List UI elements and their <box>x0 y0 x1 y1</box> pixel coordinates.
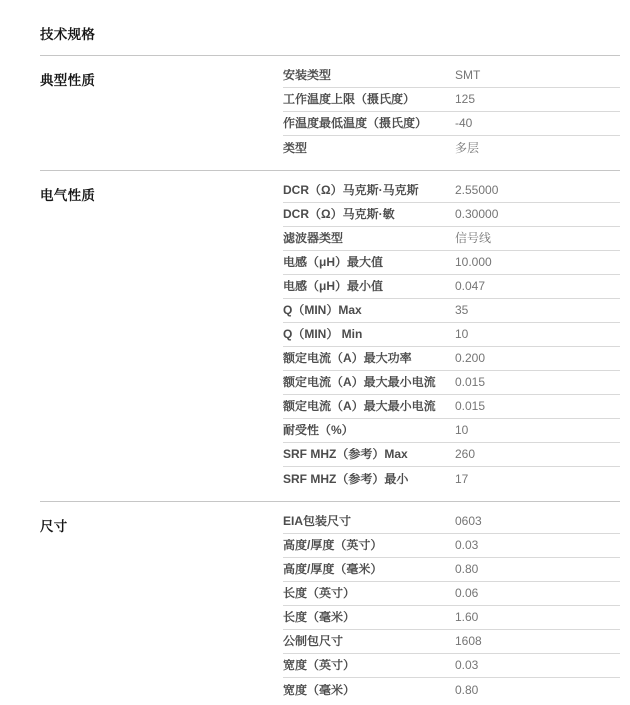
spec-value: 0.03 <box>455 659 620 672</box>
spec-row: EIA包装尺寸0603 <box>283 510 620 534</box>
spec-row: SRF MHZ（参考）最小17 <box>283 467 620 491</box>
specs-content: 技术规格 典型性质安装类型SMT工作温度上限（摄氏度）125作温度最低温度（摄氏… <box>40 0 620 705</box>
spec-label: 滤波器类型 <box>283 232 455 245</box>
spec-value: 17 <box>455 473 620 486</box>
spec-label: DCR（Ω）马克斯·敏 <box>283 208 455 221</box>
spec-label: 安装类型 <box>283 69 455 82</box>
spec-label: 额定电流（A）最大功率 <box>283 352 455 365</box>
sections: 典型性质安装类型SMT工作温度上限（摄氏度）125作温度最低温度（摄氏度）-40… <box>40 55 620 705</box>
spec-value: 0603 <box>455 515 620 528</box>
spec-row: 额定电流（A）最大最小电流0.015 <box>283 395 620 419</box>
spec-row: 高度/厚度（英寸）0.03 <box>283 534 620 558</box>
spec-table: 安装类型SMT工作温度上限（摄氏度）125作温度最低温度（摄氏度）-40类型多层 <box>283 64 620 160</box>
spec-label: 电感（μH）最小值 <box>283 280 455 293</box>
section-title: 典型性质 <box>40 64 283 160</box>
spec-label: 长度（英寸） <box>283 587 455 600</box>
spec-label: 类型 <box>283 142 455 155</box>
spec-value: 0.047 <box>455 280 620 293</box>
spec-value: -40 <box>455 117 620 130</box>
spec-row: Q（MIN）Max35 <box>283 299 620 323</box>
spec-label: Q（MIN）Max <box>283 304 455 317</box>
section-title: 电气性质 <box>40 179 283 491</box>
spec-value: 0.80 <box>455 563 620 576</box>
spec-value: 多层 <box>455 142 620 155</box>
spec-section: 尺寸EIA包装尺寸0603高度/厚度（英寸）0.03高度/厚度（毫米）0.80长… <box>40 501 620 705</box>
spec-row: 类型多层 <box>283 136 620 160</box>
spec-table: DCR（Ω）马克斯·马克斯2.55000DCR（Ω）马克斯·敏0.30000滤波… <box>283 179 620 491</box>
spec-row: 长度（英寸）0.06 <box>283 582 620 606</box>
spec-section: 电气性质DCR（Ω）马克斯·马克斯2.55000DCR（Ω）马克斯·敏0.300… <box>40 170 620 501</box>
spec-row: 公制包尺寸1608 <box>283 630 620 654</box>
spec-label: 额定电流（A）最大最小电流 <box>283 400 455 413</box>
spec-table: EIA包装尺寸0603高度/厚度（英寸）0.03高度/厚度（毫米）0.80长度（… <box>283 510 620 702</box>
spec-value: 信号线 <box>455 232 620 245</box>
spec-label: 额定电流（A）最大最小电流 <box>283 376 455 389</box>
spec-label: 耐受性（%） <box>283 424 455 437</box>
spec-value: 0.015 <box>455 376 620 389</box>
spec-row: SRF MHZ（参考）Max260 <box>283 443 620 467</box>
spec-value: 10.000 <box>455 256 620 269</box>
spec-label: 高度/厚度（毫米） <box>283 563 455 576</box>
page-title: 技术规格 <box>40 0 620 55</box>
spec-value: 0.200 <box>455 352 620 365</box>
spec-section: 典型性质安装类型SMT工作温度上限（摄氏度）125作温度最低温度（摄氏度）-40… <box>40 55 620 170</box>
spec-label: SRF MHZ（参考）Max <box>283 448 455 461</box>
section-title: 尺寸 <box>40 510 283 702</box>
spec-value: 0.03 <box>455 539 620 552</box>
spec-row: 额定电流（A）最大最小电流0.015 <box>283 371 620 395</box>
spec-value: 2.55000 <box>455 184 620 197</box>
spec-row: 作温度最低温度（摄氏度）-40 <box>283 112 620 136</box>
spec-value: 260 <box>455 448 620 461</box>
spec-value: 1.60 <box>455 611 620 624</box>
spec-value: 0.06 <box>455 587 620 600</box>
spec-label: 宽度（英寸） <box>283 659 455 672</box>
spec-row: 耐受性（%）10 <box>283 419 620 443</box>
spec-label: SRF MHZ（参考）最小 <box>283 473 455 486</box>
spec-label: DCR（Ω）马克斯·马克斯 <box>283 184 455 197</box>
spec-row: 电感（μH）最大值10.000 <box>283 251 620 275</box>
spec-row: 宽度（毫米）0.80 <box>283 678 620 702</box>
spec-value: 10 <box>455 328 620 341</box>
spec-label: 公制包尺寸 <box>283 635 455 648</box>
spec-value: 125 <box>455 93 620 106</box>
spec-value: 0.30000 <box>455 208 620 221</box>
spec-value: 0.015 <box>455 400 620 413</box>
spec-value: 10 <box>455 424 620 437</box>
spec-label: 长度（毫米） <box>283 611 455 624</box>
spec-row: 安装类型SMT <box>283 64 620 88</box>
spec-label: Q（MIN） Min <box>283 328 455 341</box>
spec-value: SMT <box>455 69 620 82</box>
spec-row: 滤波器类型信号线 <box>283 227 620 251</box>
specs-page: 技术规格 典型性质安装类型SMT工作温度上限（摄氏度）125作温度最低温度（摄氏… <box>0 0 630 705</box>
spec-row: 高度/厚度（毫米）0.80 <box>283 558 620 582</box>
spec-label: EIA包装尺寸 <box>283 515 455 528</box>
spec-row: DCR（Ω）马克斯·马克斯2.55000 <box>283 179 620 203</box>
spec-label: 电感（μH）最大值 <box>283 256 455 269</box>
spec-label: 工作温度上限（摄氏度） <box>283 93 455 106</box>
spec-value: 1608 <box>455 635 620 648</box>
spec-row: 长度（毫米）1.60 <box>283 606 620 630</box>
spec-row: 电感（μH）最小值0.047 <box>283 275 620 299</box>
spec-row: Q（MIN） Min10 <box>283 323 620 347</box>
spec-label: 宽度（毫米） <box>283 684 455 697</box>
spec-value: 35 <box>455 304 620 317</box>
spec-row: 额定电流（A）最大功率0.200 <box>283 347 620 371</box>
spec-row: 工作温度上限（摄氏度）125 <box>283 88 620 112</box>
spec-label: 作温度最低温度（摄氏度） <box>283 117 455 130</box>
spec-value: 0.80 <box>455 684 620 697</box>
spec-label: 高度/厚度（英寸） <box>283 539 455 552</box>
spec-row: 宽度（英寸）0.03 <box>283 654 620 678</box>
spec-row: DCR（Ω）马克斯·敏0.30000 <box>283 203 620 227</box>
